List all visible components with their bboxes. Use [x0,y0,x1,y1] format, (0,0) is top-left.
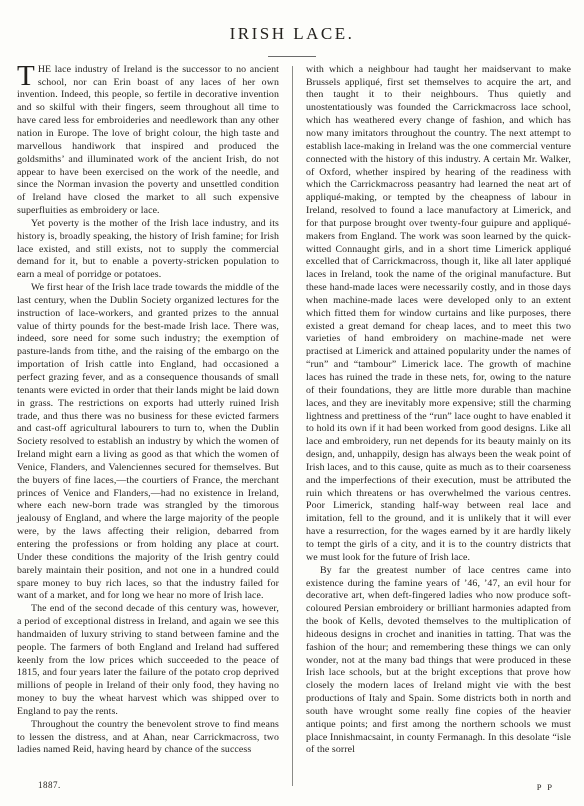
footer-year: 1887. [38,780,61,790]
paragraph: THE lace industry of Ireland is the succ… [17,64,279,218]
paragraph: By far the greatest number of lace centr… [306,565,571,758]
page-title: IRISH LACE. [0,11,584,44]
text-columns: THE lace industry of Ireland is the succ… [0,57,584,790]
left-column: THE lace industry of Ireland is the succ… [17,64,279,790]
footer-signature: P P [537,782,554,792]
paragraph: Yet poverty is the mother of the Irish l… [17,218,279,282]
footer: 1887. P P [17,778,571,792]
right-column: with which a neighbour had taught her ma… [306,64,571,790]
paragraph: The end of the second decade of this cen… [17,603,279,719]
paragraph: with which a neighbour had taught her ma… [306,64,571,565]
dropcap: T [17,64,38,88]
page: IRISH LACE. THE lace industry of Ireland… [0,0,584,806]
column-divider [292,66,293,786]
paragraph: We first hear of the Irish lace trade to… [17,282,279,603]
paragraph: Throughout the country the benevolent st… [17,719,279,758]
